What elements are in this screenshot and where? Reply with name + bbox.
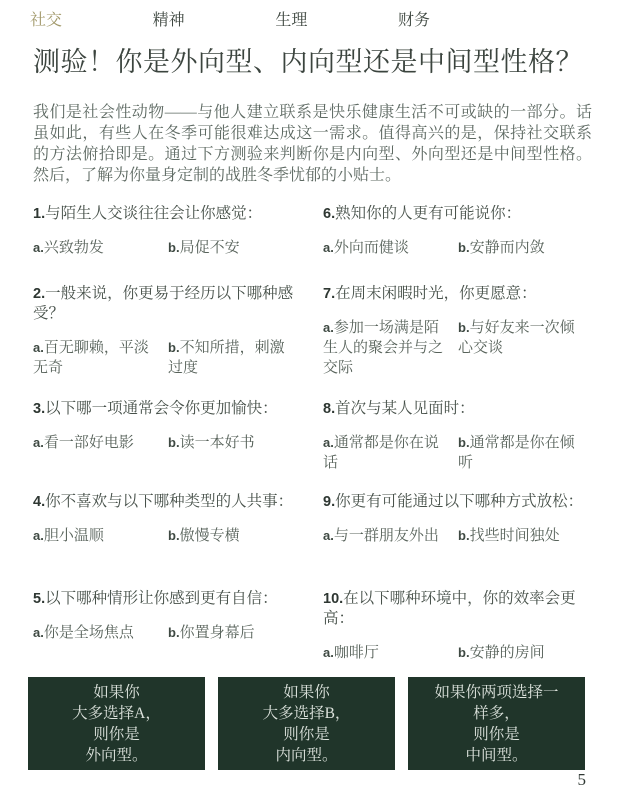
question-line: 2.一般来说，你更易于经历以下哪种感受？ bbox=[33, 284, 303, 324]
answers-row: a.看一部好电影 b.读一本好书 bbox=[33, 433, 303, 453]
question-block-2: 2.一般来说，你更易于经历以下哪种感受？ a.百无聊赖，平淡无奇 b.不知所措，… bbox=[33, 284, 303, 399]
page-title: 测验！你是外向型、内向型还是中间型性格？ bbox=[33, 46, 598, 79]
nav-tab-financial[interactable]: 财务 bbox=[398, 11, 430, 31]
answer-option-a: a.你是全场焦点 bbox=[33, 623, 168, 643]
results-row: 如果你 大多选择A， 则你是 外向型。 如果你 大多选择B， 则你是 内向型。 … bbox=[28, 677, 618, 770]
question-block-4: 4.你不喜欢与以下哪种类型的人共事： a.胆小温顺 b.傲慢专横 bbox=[33, 492, 303, 589]
question-block-7: 7.在周末闲暇时光，你更愿意： a.参加一场满是陌生人的聚会并与之交际 b.与好… bbox=[323, 284, 593, 399]
question-block-9: 9.你更有可能通过以下哪种方式放松： a.与一群朋友外出 b.找些时间独处 bbox=[323, 492, 593, 589]
answer-option-a: a.百无聊赖，平淡无奇 bbox=[33, 338, 168, 378]
answer-label-b: b. bbox=[458, 240, 470, 255]
answer-label-a: a. bbox=[33, 528, 44, 543]
question-line: 8.首次与某人见面时： bbox=[323, 399, 593, 419]
question-line: 1.与陌生人交谈往往会让你感觉： bbox=[33, 204, 303, 224]
question-text: 与陌生人交谈往往会让你感觉： bbox=[45, 205, 262, 222]
question-number: 5. bbox=[33, 591, 45, 607]
page-number: 5 bbox=[578, 770, 587, 790]
answer-option-b: b.与好友来一次倾心交谈 bbox=[458, 318, 593, 378]
question-text: 在以下哪种环境中，你的效率会更高： bbox=[323, 590, 576, 627]
answer-label-a: a. bbox=[323, 435, 334, 450]
answers-row: a.参加一场满是陌生人的聚会并与之交际 b.与好友来一次倾心交谈 bbox=[323, 318, 593, 378]
question-number: 4. bbox=[33, 494, 45, 510]
question-text: 以下哪种情形让你感到更有自信： bbox=[45, 590, 278, 607]
answer-text-b: 局促不安 bbox=[180, 240, 240, 256]
question-number: 9. bbox=[323, 494, 335, 510]
question-line: 4.你不喜欢与以下哪种类型的人共事： bbox=[33, 492, 303, 512]
question-number: 2. bbox=[33, 286, 45, 302]
answer-text-b: 安静的房间 bbox=[470, 645, 545, 661]
answer-label-a: a. bbox=[33, 340, 44, 355]
question-line: 10.在以下哪种环境中，你的效率会更高： bbox=[323, 589, 593, 629]
answer-text-a: 看一部好电影 bbox=[44, 435, 134, 451]
question-line: 6.熟知你的人更有可能说你： bbox=[323, 204, 593, 224]
answer-option-b: b.傲慢专横 bbox=[168, 526, 303, 546]
question-block-5: 5.以下哪种情形让你感到更有自信： a.你是全场焦点 b.你置身幕后 bbox=[33, 589, 303, 664]
answer-label-b: b. bbox=[168, 528, 180, 543]
answer-text-a: 胆小温顺 bbox=[44, 528, 104, 544]
answer-option-b: b.安静而内敛 bbox=[458, 238, 593, 258]
question-line: 5.以下哪种情形让你感到更有自信： bbox=[33, 589, 303, 609]
answer-text-a: 兴致勃发 bbox=[44, 240, 104, 256]
answer-option-a: a.与一群朋友外出 bbox=[323, 526, 458, 546]
answer-label-a: a. bbox=[33, 435, 44, 450]
answer-option-a: a.咖啡厅 bbox=[323, 643, 458, 663]
answer-label-a: a. bbox=[323, 528, 334, 543]
answer-option-a: a.胆小温顺 bbox=[33, 526, 168, 546]
answer-text-a: 与一群朋友外出 bbox=[334, 528, 439, 544]
answer-option-a: a.兴致勃发 bbox=[33, 238, 168, 258]
answer-label-b: b. bbox=[458, 320, 470, 335]
question-block-3: 3.以下哪一项通常会令你更加愉快： a.看一部好电影 b.读一本好书 bbox=[33, 399, 303, 492]
question-text: 你更有可能通过以下哪种方式放松： bbox=[335, 493, 583, 510]
answer-text-b: 与好友来一次倾心交谈 bbox=[458, 320, 575, 356]
question-text: 在周末闲暇时光，你更愿意： bbox=[335, 285, 537, 302]
answer-label-b: b. bbox=[168, 340, 180, 355]
answer-label-b: b. bbox=[168, 625, 180, 640]
answer-label-a: a. bbox=[323, 645, 334, 660]
answer-label-a: a. bbox=[323, 240, 334, 255]
question-number: 6. bbox=[323, 206, 335, 222]
answer-text-a: 百无聊赖，平淡无奇 bbox=[33, 340, 149, 376]
answer-text-b: 安静而内敛 bbox=[470, 240, 545, 256]
answer-option-a: a.看一部好电影 bbox=[33, 433, 168, 453]
answer-option-b: b.通常都是你在倾听 bbox=[458, 433, 593, 473]
answer-option-b: b.局促不安 bbox=[168, 238, 303, 258]
question-number: 3. bbox=[33, 401, 45, 417]
question-text: 你不喜欢与以下哪种类型的人共事： bbox=[45, 493, 293, 510]
answers-row: a.咖啡厅 b.安静的房间 bbox=[323, 643, 593, 663]
question-block-1: 1.与陌生人交谈往往会让你感觉： a.兴致勃发 b.局促不安 bbox=[33, 204, 303, 284]
question-number: 1. bbox=[33, 206, 45, 222]
nav-tab-physical[interactable]: 生理 bbox=[275, 11, 307, 31]
question-text: 熟知你的人更有可能说你： bbox=[335, 205, 521, 222]
answers-row: a.兴致勃发 b.局促不安 bbox=[33, 238, 303, 258]
result-box-extrovert: 如果你 大多选择A， 则你是 外向型。 bbox=[28, 677, 205, 770]
answer-text-a: 外向而健谈 bbox=[334, 240, 409, 256]
question-block-10: 10.在以下哪种环境中，你的效率会更高： a.咖啡厅 b.安静的房间 bbox=[323, 589, 593, 664]
question-number: 8. bbox=[323, 401, 335, 417]
nav-tab-social[interactable]: 社交 bbox=[30, 11, 62, 31]
answer-option-b: b.你置身幕后 bbox=[168, 623, 303, 643]
answers-row: a.你是全场焦点 b.你置身幕后 bbox=[33, 623, 303, 643]
question-line: 9.你更有可能通过以下哪种方式放松： bbox=[323, 492, 593, 512]
answer-label-a: a. bbox=[323, 320, 334, 335]
question-text: 以下哪一项通常会令你更加愉快： bbox=[45, 400, 278, 417]
answer-text-a: 你是全场焦点 bbox=[44, 625, 134, 641]
answer-text-b: 不知所措，刺激过度 bbox=[168, 340, 285, 376]
answer-label-b: b. bbox=[168, 240, 180, 255]
answer-text-a: 参加一场满是陌生人的聚会并与之交际 bbox=[323, 320, 443, 376]
top-nav: 社交 精神 生理 财务 bbox=[0, 0, 430, 31]
answer-option-a: a.通常都是你在说话 bbox=[323, 433, 458, 473]
answer-text-a: 咖啡厅 bbox=[334, 645, 379, 661]
answers-row: a.外向而健谈 b.安静而内敛 bbox=[323, 238, 593, 258]
result-box-ambivert: 如果你两项选择一 样多， 则你是 中间型。 bbox=[408, 677, 585, 770]
answer-label-b: b. bbox=[458, 528, 470, 543]
question-line: 7.在周末闲暇时光，你更愿意： bbox=[323, 284, 593, 304]
answer-text-b: 你置身幕后 bbox=[180, 625, 255, 641]
answers-row: a.百无聊赖，平淡无奇 b.不知所措，刺激过度 bbox=[33, 338, 303, 378]
intro-paragraph: 我们是社会性动物——与他人建立联系是快乐健康生活不可或缺的一部分。话虽如此，有些… bbox=[33, 102, 592, 192]
question-number: 10. bbox=[323, 591, 343, 607]
question-block-6: 6.熟知你的人更有可能说你： a.外向而健谈 b.安静而内敛 bbox=[323, 204, 593, 284]
answer-option-b: b.不知所措，刺激过度 bbox=[168, 338, 303, 378]
answer-label-b: b. bbox=[458, 645, 470, 660]
answers-row: a.胆小温顺 b.傲慢专横 bbox=[33, 526, 303, 546]
answer-text-a: 通常都是你在说话 bbox=[323, 435, 439, 471]
answer-text-b: 傲慢专横 bbox=[180, 528, 240, 544]
question-number: 7. bbox=[323, 286, 335, 302]
questions-grid: 1.与陌生人交谈往往会让你感觉： a.兴致勃发 b.局促不安 2.一般来说，你更… bbox=[33, 204, 593, 664]
answer-option-b: b.找些时间独处 bbox=[458, 526, 593, 546]
answer-option-a: a.外向而健谈 bbox=[323, 238, 458, 258]
question-text: 首次与某人见面时： bbox=[335, 400, 475, 417]
answer-text-b: 读一本好书 bbox=[180, 435, 255, 451]
answer-option-b: b.安静的房间 bbox=[458, 643, 593, 663]
question-line: 3.以下哪一项通常会令你更加愉快： bbox=[33, 399, 303, 419]
nav-tab-mental[interactable]: 精神 bbox=[153, 11, 185, 31]
answers-row: a.通常都是你在说话 b.通常都是你在倾听 bbox=[323, 433, 593, 473]
result-box-introvert: 如果你 大多选择B， 则你是 内向型。 bbox=[218, 677, 395, 770]
answer-label-b: b. bbox=[458, 435, 470, 450]
answer-label-a: a. bbox=[33, 625, 44, 640]
answers-row: a.与一群朋友外出 b.找些时间独处 bbox=[323, 526, 593, 546]
question-block-8: 8.首次与某人见面时： a.通常都是你在说话 b.通常都是你在倾听 bbox=[323, 399, 593, 492]
answer-label-a: a. bbox=[33, 240, 44, 255]
answer-text-b: 通常都是你在倾听 bbox=[458, 435, 575, 471]
answer-text-b: 找些时间独处 bbox=[470, 528, 560, 544]
question-text: 一般来说，你更易于经历以下哪种感受？ bbox=[33, 285, 293, 322]
answer-label-b: b. bbox=[168, 435, 180, 450]
answer-option-a: a.参加一场满是陌生人的聚会并与之交际 bbox=[323, 318, 458, 378]
answer-option-b: b.读一本好书 bbox=[168, 433, 303, 453]
